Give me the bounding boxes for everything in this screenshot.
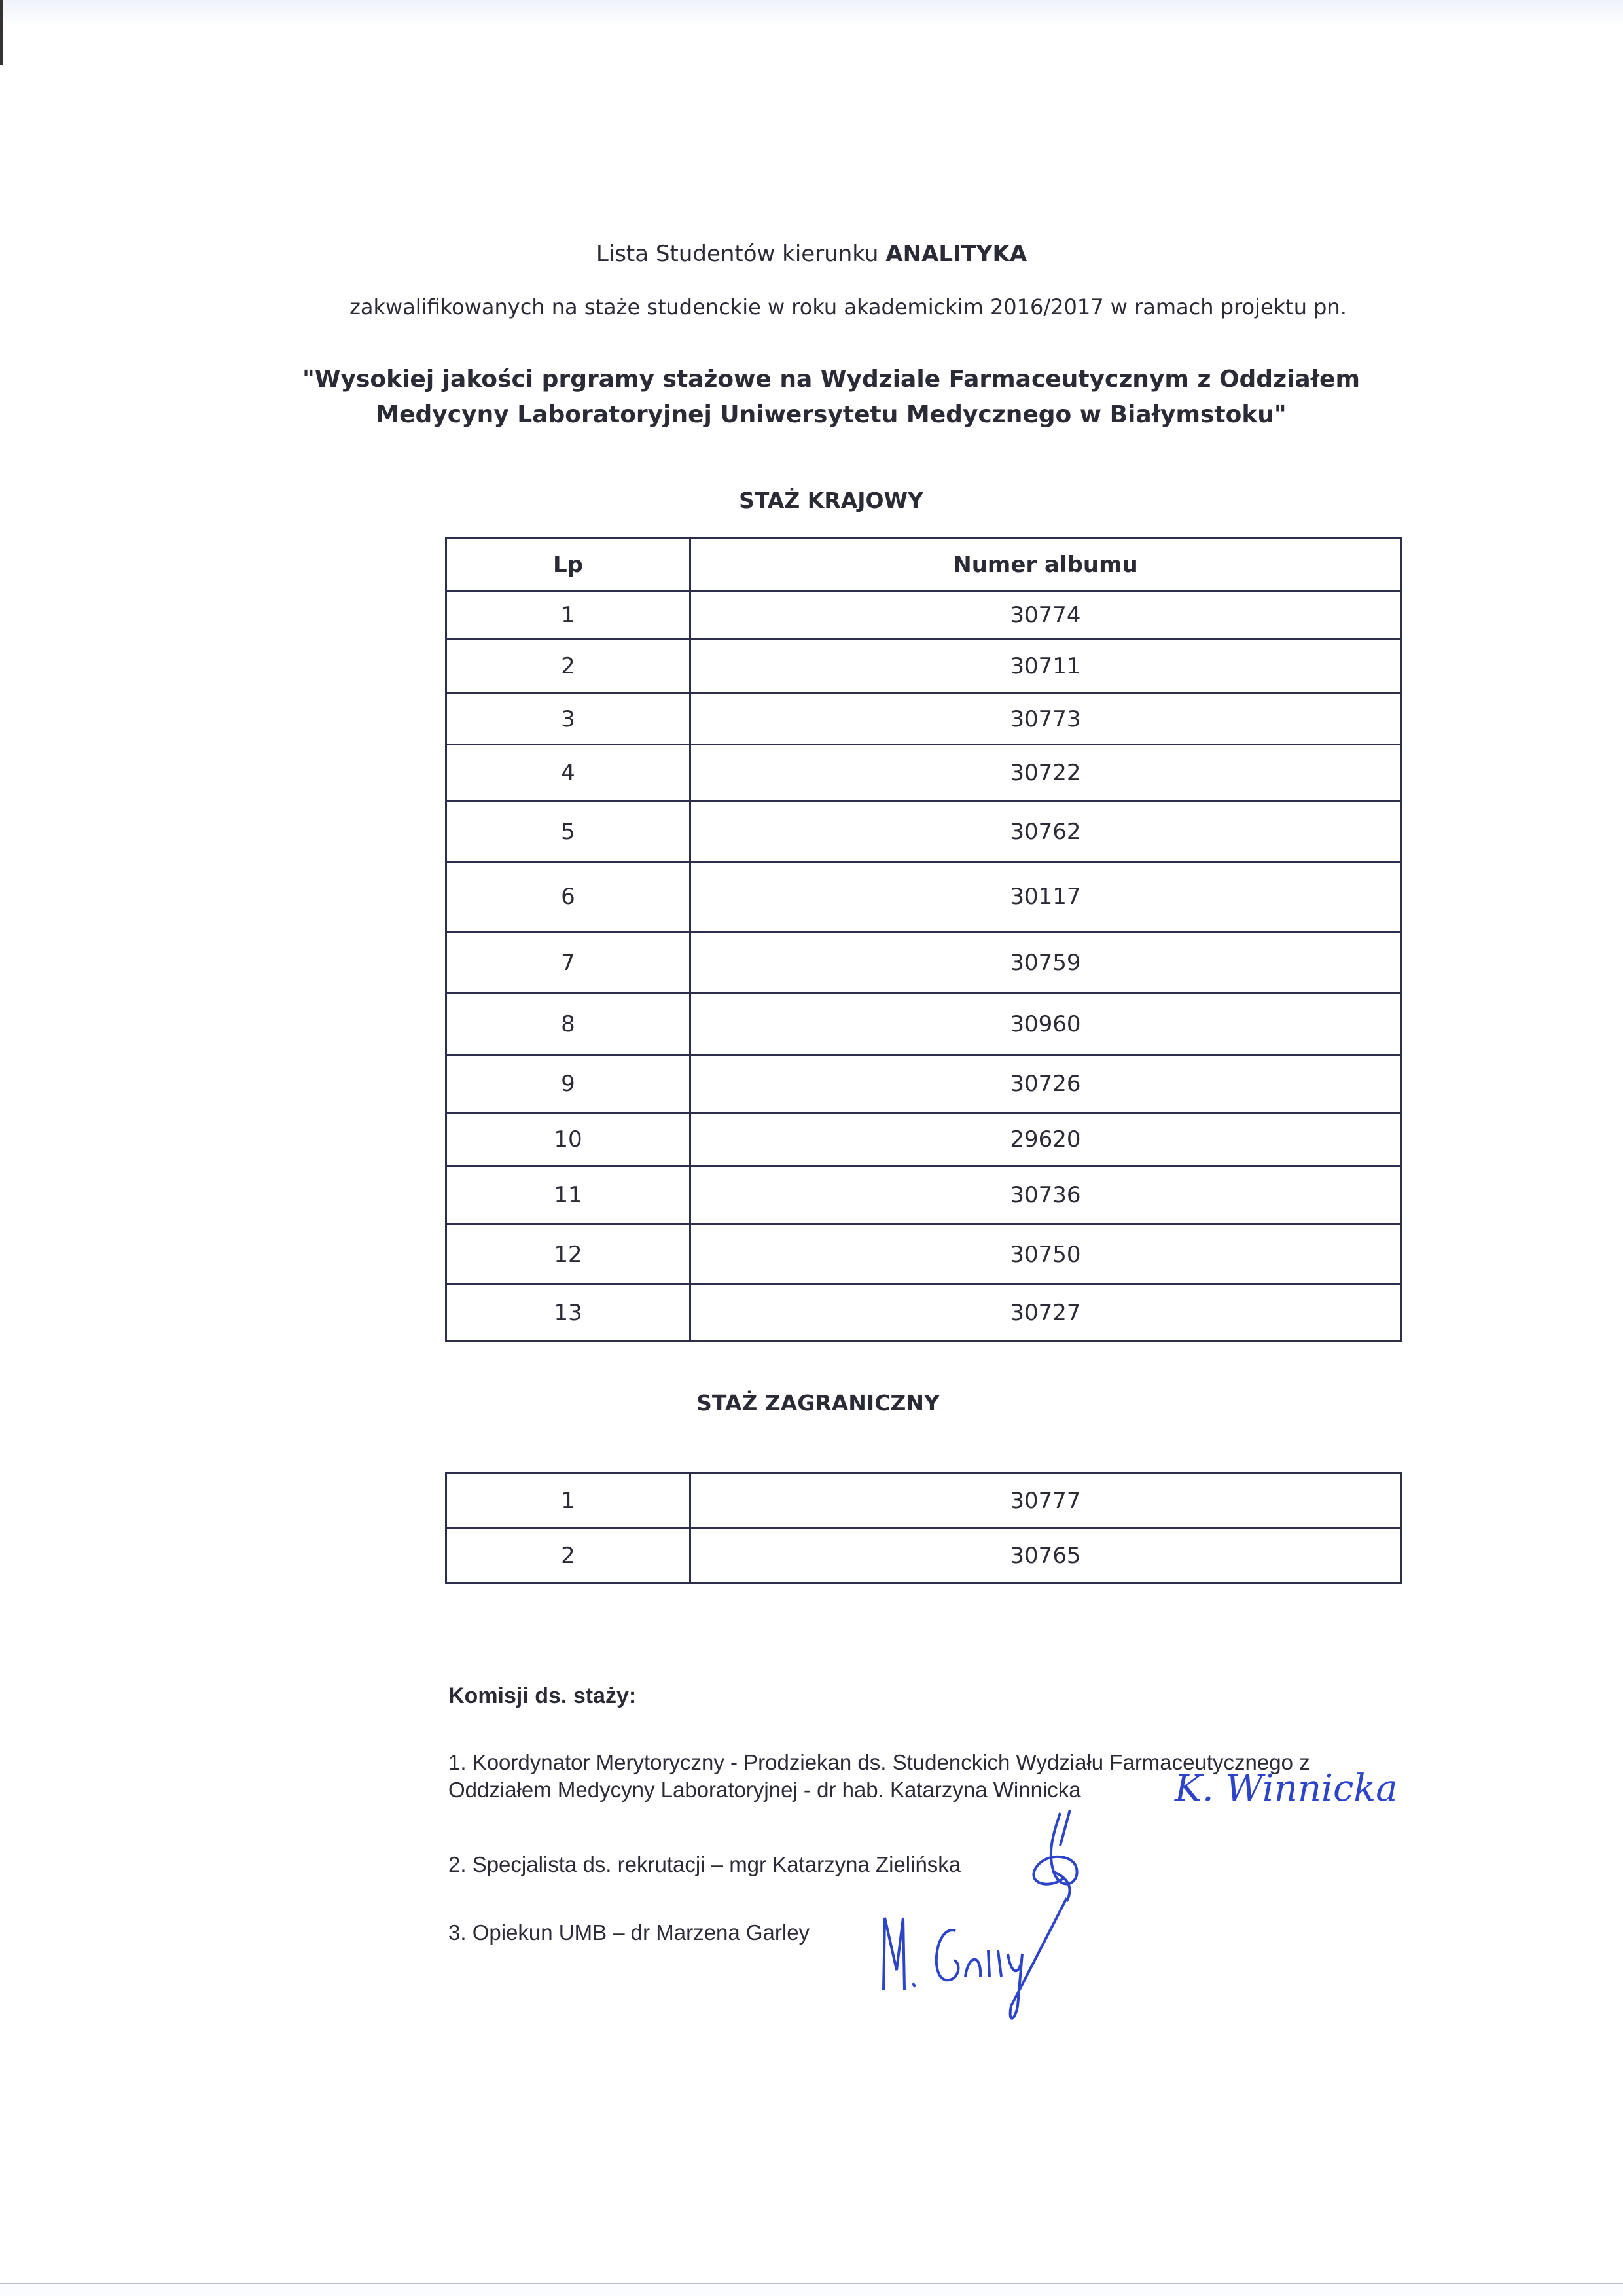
table-row: 830960 [446, 994, 1401, 1055]
album-number-cell: 30762 [690, 802, 1401, 862]
lp-cell: 7 [446, 932, 690, 994]
table-row: 1130736 [446, 1166, 1401, 1225]
album-number-cell: 30777 [690, 1473, 1401, 1528]
scan-edge-bottom [0, 2283, 1623, 2296]
signature-zielinska [1014, 1806, 1093, 1905]
committee-member-3: 3. Opiekun UMB – dr Marzena Garley [448, 1919, 810, 1946]
scan-edge-top [0, 0, 1623, 26]
signature-garley [877, 1892, 1073, 2029]
table-row: 330773 [446, 694, 1401, 745]
lp-cell: 13 [446, 1285, 690, 1342]
album-number-cell: 30774 [690, 591, 1401, 639]
lp-cell: 12 [446, 1225, 690, 1285]
lp-cell: 5 [446, 802, 690, 862]
table-row: 130777 [446, 1473, 1401, 1528]
lp-cell: 1 [446, 1473, 690, 1528]
lp-cell: 11 [446, 1166, 690, 1225]
table-row: 430722 [446, 745, 1401, 802]
album-number-cell: 30750 [690, 1225, 1401, 1285]
lp-cell: 2 [446, 639, 690, 694]
table-row: 230765 [446, 1528, 1401, 1583]
table-row: 730759 [446, 932, 1401, 994]
domestic-heading: STAŻ KRAJOWY [20, 488, 1623, 513]
album-number-cell: 30773 [690, 694, 1401, 745]
column-header-album: Numer albumu [690, 539, 1401, 591]
table-row: 530762 [446, 802, 1401, 862]
lp-cell: 6 [446, 862, 690, 932]
lp-cell: 8 [446, 994, 690, 1055]
lp-cell: 3 [446, 694, 690, 745]
album-number-cell: 30117 [690, 862, 1401, 932]
lp-cell: 4 [446, 745, 690, 802]
lp-cell: 9 [446, 1055, 690, 1113]
table-row: 1029620 [446, 1113, 1401, 1166]
album-number-cell: 30726 [690, 1055, 1401, 1113]
album-number-cell: 30759 [690, 932, 1401, 994]
lp-cell: 2 [446, 1528, 690, 1583]
domestic-table: Lp Numer albumu 130774230711330773430722… [445, 537, 1402, 1342]
table-row: 230711 [446, 639, 1401, 694]
table-row: 630117 [446, 862, 1401, 932]
album-number-cell: 30711 [690, 639, 1401, 694]
scan-edge-left [0, 0, 3, 65]
table-row: 1330727 [446, 1285, 1401, 1342]
lp-cell: 1 [446, 591, 690, 639]
foreign-table: 130777230765 [445, 1472, 1402, 1584]
foreign-heading: STAŻ ZAGRANICZNY [7, 1390, 1623, 1416]
committee-heading: Komisji ds. staży: [448, 1683, 636, 1709]
major-name: ANALITYKA [885, 241, 1027, 267]
album-number-cell: 30736 [690, 1166, 1401, 1225]
document-title: Lista Studentów kierunku ANALITYKA [0, 241, 1623, 267]
project-name: "Wysokiej jakości prgramy stażowe na Wyd… [20, 362, 1623, 433]
lp-cell: 10 [446, 1113, 690, 1166]
table-row: 1230750 [446, 1225, 1401, 1285]
table-row: 930726 [446, 1055, 1401, 1113]
committee-member-2: 2. Specjalista ds. rekrutacji – mgr Kata… [448, 1851, 961, 1878]
signature-winnicka: K. Winnicka [1175, 1767, 1398, 1810]
table-row: 130774 [446, 591, 1401, 639]
table-header-row: Lp Numer albumu [446, 539, 1401, 591]
album-number-cell: 30722 [690, 745, 1401, 802]
album-number-cell: 30960 [690, 994, 1401, 1055]
album-number-cell: 30727 [690, 1285, 1401, 1342]
album-number-cell: 30765 [690, 1528, 1401, 1583]
document-subtitle: zakwalifikowanych na staże studenckie w … [37, 295, 1623, 319]
album-number-cell: 29620 [690, 1113, 1401, 1166]
column-header-lp: Lp [446, 539, 690, 591]
